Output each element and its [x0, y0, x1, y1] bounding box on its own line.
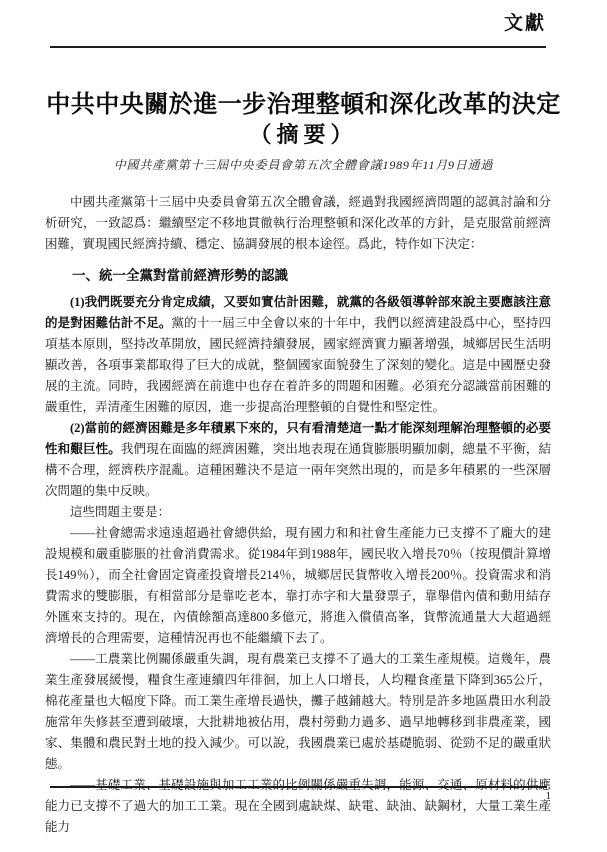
- problem-item-3: ——基礎工業、基礎設施與加工工業的比例關係嚴重失調，能源、交通、原材料的供應能力…: [45, 775, 551, 838]
- document-body: 中國共產黨第十三屆中央委員會第五次全體會議，經過對我國經濟問題的認眞討論和分析研…: [45, 192, 551, 838]
- intro-paragraph: 中國共產黨第十三屆中央委員會第五次全體會議，經過對我國經濟問題的認眞討論和分析研…: [45, 192, 551, 255]
- footer-divider: [50, 786, 547, 788]
- document-title: 中共中央關於進一步治理整頓和深化改革的決定: [0, 84, 607, 119]
- header-divider: [50, 46, 546, 48]
- problems-lead-line: 這些問題主要是：: [45, 502, 551, 523]
- paragraph-1: (1)我們既要充分肯定成績，又要如實估計困難，就黨的各級領導幹部來說主要應該注意…: [45, 292, 551, 418]
- document-title-subline: （摘要）: [0, 118, 607, 149]
- problem-item-1: ——社會總需求遠遠超過社會總供給，現有國力和和社會生產能力已支撐不了龐大的建設規…: [45, 523, 551, 649]
- page-header-label: 文獻: [504, 8, 546, 35]
- page-number: 1: [546, 790, 552, 802]
- document-page: 文獻 中共中央關於進一步治理整頓和深化改革的決定 （摘要） 中國共產黨第十三屆中…: [0, 0, 607, 852]
- paragraph-2: (2)當前的經濟困難是多年積累下來的，只有看清楚這一點才能深刻理解治理整頓的必要…: [45, 418, 551, 502]
- document-byline: 中國共產黨第十三屆中央委員會第五次全體會議1989年11月9日通過: [0, 156, 607, 173]
- paragraph-1-rest: 黨的十一屆三中全會以來的十年中，我們以經濟建設爲中心，堅持四項基本原則，堅持改革…: [45, 316, 551, 414]
- paragraph-2-rest: 我們現在面臨的經濟困難，突出地表現在通貨膨脹明顯加劇，總量不平衡，結構不合理，經…: [45, 442, 551, 498]
- section-heading-1: 一、統一全黨對當前經濟形勢的認識: [45, 265, 551, 286]
- problem-item-2: ——工農業比例關係嚴重失調，現有農業已支撐不了過大的工業生產規模。這幾年，農業生…: [45, 649, 551, 775]
